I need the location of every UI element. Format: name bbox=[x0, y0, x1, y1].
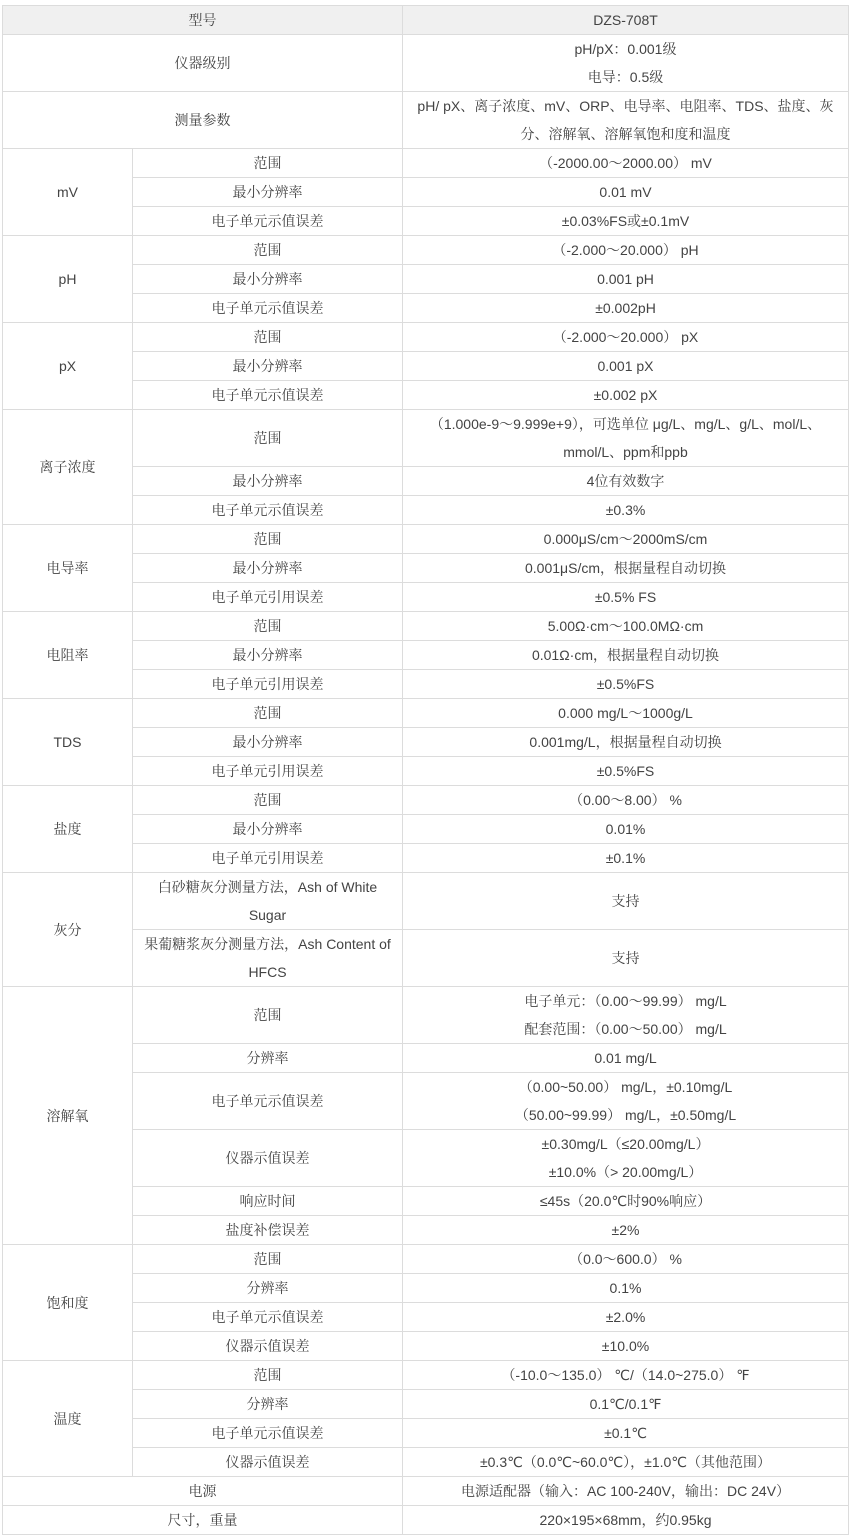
cell-text-line: pH/pX：0.001级 bbox=[413, 35, 838, 63]
cell-text-line: 电子单元引用误差 bbox=[143, 583, 392, 611]
cell-text-line: ±10.0%（> 20.00mg/L） bbox=[413, 1158, 838, 1186]
spec-value-cell: 0.001 pX bbox=[403, 352, 849, 381]
spec-label-cell: 电子单元示值误差 bbox=[133, 381, 403, 410]
cell-text-line: （0.00～8.00） % bbox=[413, 786, 838, 814]
cell-text-line: ±0.5% FS bbox=[413, 583, 838, 611]
spec-row: TDS范围0.000 mg/L～1000g/L bbox=[3, 699, 849, 728]
spec-value-cell: pH/ pX、离子浓度、mV、ORP、电导率、电阻率、TDS、盐度、灰分、溶解氧… bbox=[403, 92, 849, 149]
spec-label-cell: 测量参数 bbox=[3, 92, 403, 149]
cell-text-line: 范围 bbox=[143, 236, 392, 264]
cell-text-line: ±0.1% bbox=[413, 844, 838, 872]
spec-label-cell: 最小分辨率 bbox=[133, 815, 403, 844]
spec-row: 盐度范围（0.00～8.00） % bbox=[3, 786, 849, 815]
cell-text-line: （-2.000～20.000） pH bbox=[413, 236, 838, 264]
cell-text-line: 电子单元示值误差 bbox=[143, 1419, 392, 1447]
spec-value-cell: ±0.002 pX bbox=[403, 381, 849, 410]
cell-text-line: 电导：0.5级 bbox=[413, 63, 838, 91]
spec-label-cell: 范围 bbox=[133, 612, 403, 641]
spec-value-cell: ±0.5%FS bbox=[403, 757, 849, 786]
spec-value-cell: 0.01% bbox=[403, 815, 849, 844]
spec-row: 离子浓度范围（1.000e-9～9.999e+9），可选单位 μg/L、mg/L… bbox=[3, 410, 849, 467]
spec-value-cell: ±0.30mg/L（≤20.00mg/L）±10.0%（> 20.00mg/L） bbox=[403, 1130, 849, 1187]
cell-text-line: ±0.5%FS bbox=[413, 757, 838, 785]
spec-value-cell: ±0.1% bbox=[403, 844, 849, 873]
category-cell: 盐度 bbox=[3, 786, 133, 873]
spec-value-cell: ±0.5%FS bbox=[403, 670, 849, 699]
spec-label-cell: 电源 bbox=[3, 1477, 403, 1506]
cell-text-line: ±2% bbox=[413, 1216, 838, 1244]
spec-row: pX范围（-2.000～20.000） pX bbox=[3, 323, 849, 352]
cell-text-line: 电子单元示值误差 bbox=[143, 381, 392, 409]
cell-text-line: 灰分 bbox=[13, 916, 122, 944]
spec-label-cell: 分辨率 bbox=[133, 1274, 403, 1303]
cell-text-line: 仪器示值误差 bbox=[143, 1332, 392, 1360]
spec-label-cell: 仪器级别 bbox=[3, 35, 403, 92]
spec-label-cell: 电子单元示值误差 bbox=[133, 1073, 403, 1130]
cell-text-line: 尺寸，重量 bbox=[13, 1506, 392, 1534]
cell-text-line: 电源 bbox=[13, 1477, 392, 1505]
cell-text-line: （1.000e-9～9.999e+9），可选单位 μg/L、mg/L、g/L、m… bbox=[413, 410, 838, 466]
cell-text-line: 0.001mg/L，根据量程自动切换 bbox=[413, 728, 838, 756]
cell-text-line: ±0.002pH bbox=[413, 294, 838, 322]
cell-text-line: 饱和度 bbox=[13, 1289, 122, 1317]
cell-text-line: 最小分辨率 bbox=[143, 178, 392, 206]
cell-text-line: 最小分辨率 bbox=[143, 815, 392, 843]
spec-value-cell: ±0.002pH bbox=[403, 294, 849, 323]
cell-text-line: mV bbox=[13, 178, 122, 206]
spec-value-cell: （-10.0～135.0） ℃/（14.0~275.0） ℉ bbox=[403, 1361, 849, 1390]
cell-text-line: ±0.3% bbox=[413, 496, 838, 524]
cell-text-line: （-10.0～135.0） ℃/（14.0~275.0） ℉ bbox=[413, 1361, 838, 1389]
cell-text-line: 220×195×68mm，约0.95kg bbox=[413, 1506, 838, 1534]
cell-text-line: （0.00~50.00） mg/L，±0.10mg/L bbox=[413, 1073, 838, 1101]
spec-row: 电导率范围0.000μS/cm～2000mS/cm bbox=[3, 525, 849, 554]
category-cell: 温度 bbox=[3, 1361, 133, 1477]
cell-text-line: 0.01 mg/L bbox=[413, 1044, 838, 1072]
cell-text-line: pH/ pX、离子浓度、mV、ORP、电导率、电阻率、TDS、盐度、灰分、溶解氧… bbox=[413, 92, 838, 148]
spec-value-cell: （0.0～600.0） % bbox=[403, 1245, 849, 1274]
spec-label-cell: 最小分辨率 bbox=[133, 265, 403, 294]
spec-label-cell: 范围 bbox=[133, 236, 403, 265]
cell-text-line: 最小分辨率 bbox=[143, 641, 392, 669]
cell-text-line: 仪器示值误差 bbox=[143, 1144, 392, 1172]
spec-label-cell: 电子单元引用误差 bbox=[133, 844, 403, 873]
category-cell: pH bbox=[3, 236, 133, 323]
spec-value-cell: 0.1℃/0.1℉ bbox=[403, 1390, 849, 1419]
cell-text-line: 盐度 bbox=[13, 815, 122, 843]
cell-text-line: 离子浓度 bbox=[13, 453, 122, 481]
spec-value-cell: ±2% bbox=[403, 1216, 849, 1245]
cell-text-line: TDS bbox=[13, 728, 122, 756]
spec-row: 温度范围（-10.0～135.0） ℃/（14.0~275.0） ℉ bbox=[3, 1361, 849, 1390]
spec-label-cell: 电子单元示值误差 bbox=[133, 1419, 403, 1448]
spec-value-cell: 电子单元：（0.00～99.99） mg/L配套范围：（0.00～50.00） … bbox=[403, 987, 849, 1044]
category-cell: mV bbox=[3, 149, 133, 236]
spec-value-cell: （0.00～8.00） % bbox=[403, 786, 849, 815]
cell-text-line: 电子单元示值误差 bbox=[143, 496, 392, 524]
cell-text-line: 0.01 mV bbox=[413, 178, 838, 206]
spec-label-cell: 盐度补偿误差 bbox=[133, 1216, 403, 1245]
spec-value-cell: 0.000 mg/L～1000g/L bbox=[403, 699, 849, 728]
cell-text-line: ±0.30mg/L（≤20.00mg/L） bbox=[413, 1130, 838, 1158]
cell-text-line: 支持 bbox=[413, 944, 838, 972]
spec-label-cell: 范围 bbox=[133, 786, 403, 815]
cell-text-line: 最小分辨率 bbox=[143, 265, 392, 293]
cell-text-line: ±0.3℃（0.0℃~60.0℃），±1.0℃（其他范围） bbox=[413, 1448, 838, 1476]
cell-text-line: 分辨率 bbox=[143, 1390, 392, 1418]
spec-value-cell: 支持 bbox=[403, 873, 849, 930]
spec-value-cell: ±0.5% FS bbox=[403, 583, 849, 612]
cell-text-line: 最小分辨率 bbox=[143, 467, 392, 495]
spec-value-cell: （1.000e-9～9.999e+9），可选单位 μg/L、mg/L、g/L、m… bbox=[403, 410, 849, 467]
cell-text-line: 电子单元引用误差 bbox=[143, 670, 392, 698]
spec-value-cell: 0.001 pH bbox=[403, 265, 849, 294]
spec-value-cell: 5.00Ω·cm～100.0MΩ·cm bbox=[403, 612, 849, 641]
spec-label-cell: 范围 bbox=[133, 699, 403, 728]
spec-row: 尺寸，重量220×195×68mm，约0.95kg bbox=[3, 1506, 849, 1535]
cell-text-line: ±0.1℃ bbox=[413, 1419, 838, 1447]
spec-label-cell: 电子单元引用误差 bbox=[133, 583, 403, 612]
cell-text-line: 电子单元引用误差 bbox=[143, 844, 392, 872]
cell-text-line: （-2000.00～2000.00） mV bbox=[413, 149, 838, 177]
spec-value-cell: ±0.3% bbox=[403, 496, 849, 525]
cell-text-line: pH bbox=[13, 265, 122, 293]
cell-text-line: 温度 bbox=[13, 1405, 122, 1433]
cell-text-line: ±2.0% bbox=[413, 1303, 838, 1331]
cell-text-line: 仪器示值误差 bbox=[143, 1448, 392, 1476]
spec-value-cell: ±2.0% bbox=[403, 1303, 849, 1332]
spec-value-cell: pH/pX：0.001级电导：0.5级 bbox=[403, 35, 849, 92]
spec-label-cell: 范围 bbox=[133, 149, 403, 178]
spec-value-cell: ≤45s（20.0℃时90%响应） bbox=[403, 1187, 849, 1216]
spec-value-cell: 0.001mg/L，根据量程自动切换 bbox=[403, 728, 849, 757]
cell-text-line: ±0.002 pX bbox=[413, 381, 838, 409]
spec-label-cell: 范围 bbox=[133, 525, 403, 554]
spec-label-cell: 最小分辨率 bbox=[133, 554, 403, 583]
spec-label-cell: 白砂糖灰分测量方法，Ash of White Sugar bbox=[133, 873, 403, 930]
cell-text-line: pX bbox=[13, 352, 122, 380]
cell-text-line: 仪器级别 bbox=[13, 49, 392, 77]
spec-value-cell: （0.00~50.00） mg/L，±0.10mg/L（50.00~99.99）… bbox=[403, 1073, 849, 1130]
cell-text-line: 范围 bbox=[143, 1245, 392, 1273]
cell-text-line: 最小分辨率 bbox=[143, 728, 392, 756]
cell-text-line: 盐度补偿误差 bbox=[143, 1216, 392, 1244]
spec-label-cell: 范围 bbox=[133, 323, 403, 352]
spec-value-cell: 0.000μS/cm～2000mS/cm bbox=[403, 525, 849, 554]
cell-text-line: 范围 bbox=[143, 699, 392, 727]
spec-value-cell: 220×195×68mm，约0.95kg bbox=[403, 1506, 849, 1535]
cell-text-line: ±0.03%FS或±0.1mV bbox=[413, 207, 838, 235]
cell-text-line: 电子单元示值误差 bbox=[143, 1087, 392, 1115]
spec-row: 饱和度范围（0.0～600.0） % bbox=[3, 1245, 849, 1274]
spec-value-cell: （-2.000～20.000） pX bbox=[403, 323, 849, 352]
cell-text-line: 范围 bbox=[143, 149, 392, 177]
spec-row: 仪器级别pH/pX：0.001级电导：0.5级 bbox=[3, 35, 849, 92]
category-cell: 电阻率 bbox=[3, 612, 133, 699]
cell-text-line: 配套范围：（0.00～50.00） mg/L bbox=[413, 1015, 838, 1043]
model-label-cell: 型号 bbox=[3, 6, 403, 35]
spec-label-cell: 范围 bbox=[133, 1245, 403, 1274]
cell-text-line: 电阻率 bbox=[13, 641, 122, 669]
model-header-row: 型号DZS-708T bbox=[3, 6, 849, 35]
spec-label-cell: 尺寸，重量 bbox=[3, 1506, 403, 1535]
spec-label-cell: 分辨率 bbox=[133, 1044, 403, 1073]
spec-value-cell: 0.1% bbox=[403, 1274, 849, 1303]
cell-text-line: 支持 bbox=[413, 887, 838, 915]
cell-text-line: 分辨率 bbox=[143, 1044, 392, 1072]
spec-row: 测量参数pH/ pX、离子浓度、mV、ORP、电导率、电阻率、TDS、盐度、灰分… bbox=[3, 92, 849, 149]
cell-text-line: 4位有效数字 bbox=[413, 467, 838, 495]
cell-text-line: 0.1℃/0.1℉ bbox=[413, 1390, 838, 1418]
spec-page: 型号DZS-708T仪器级别pH/pX：0.001级电导：0.5级测量参数pH/… bbox=[0, 5, 850, 1535]
cell-text-line: （-2.000～20.000） pX bbox=[413, 323, 838, 351]
category-cell: 离子浓度 bbox=[3, 410, 133, 525]
spec-value-cell: ±0.03%FS或±0.1mV bbox=[403, 207, 849, 236]
spec-value-cell: 4位有效数字 bbox=[403, 467, 849, 496]
spec-row: mV范围（-2000.00～2000.00） mV bbox=[3, 149, 849, 178]
spec-label-cell: 范围 bbox=[133, 410, 403, 467]
category-cell: TDS bbox=[3, 699, 133, 786]
spec-label-cell: 最小分辨率 bbox=[133, 352, 403, 381]
spec-label-cell: 电子单元示值误差 bbox=[133, 496, 403, 525]
cell-text-line: 5.00Ω·cm～100.0MΩ·cm bbox=[413, 612, 838, 640]
spec-label-cell: 分辨率 bbox=[133, 1390, 403, 1419]
cell-text-line: 溶解氧 bbox=[13, 1102, 122, 1130]
spec-value-cell: 电源适配器（输入：AC 100-240V，输出：DC 24V） bbox=[403, 1477, 849, 1506]
category-cell: pX bbox=[3, 323, 133, 410]
spec-table: 型号DZS-708T仪器级别pH/pX：0.001级电导：0.5级测量参数pH/… bbox=[2, 5, 849, 1535]
spec-label-cell: 电子单元示值误差 bbox=[133, 207, 403, 236]
spec-label-cell: 电子单元示值误差 bbox=[133, 294, 403, 323]
cell-text-line: ±10.0% bbox=[413, 1332, 838, 1360]
category-cell: 饱和度 bbox=[3, 1245, 133, 1361]
cell-text-line: 0.01Ω·cm，根据量程自动切换 bbox=[413, 641, 838, 669]
spec-value-cell: 0.001μS/cm，根据量程自动切换 bbox=[403, 554, 849, 583]
cell-text-line: （50.00~99.99） mg/L，±0.50mg/L bbox=[413, 1101, 838, 1129]
spec-label-cell: 最小分辨率 bbox=[133, 467, 403, 496]
spec-value-cell: ±0.1℃ bbox=[403, 1419, 849, 1448]
model-value-cell: DZS-708T bbox=[403, 6, 849, 35]
spec-value-cell: 0.01Ω·cm，根据量程自动切换 bbox=[403, 641, 849, 670]
spec-label-cell: 最小分辨率 bbox=[133, 728, 403, 757]
spec-label-cell: 电子单元引用误差 bbox=[133, 757, 403, 786]
cell-text-line: 最小分辨率 bbox=[143, 352, 392, 380]
cell-text-line: 0.000 mg/L～1000g/L bbox=[413, 699, 838, 727]
cell-text-line: 范围 bbox=[143, 786, 392, 814]
cell-text-line: 0.1% bbox=[413, 1274, 838, 1302]
spec-label-cell: 范围 bbox=[133, 987, 403, 1044]
cell-text-line: 电子单元示值误差 bbox=[143, 294, 392, 322]
cell-text-line: 电子单元：（0.00～99.99） mg/L bbox=[413, 987, 838, 1015]
spec-value-cell: 0.01 mV bbox=[403, 178, 849, 207]
cell-text-line: ±0.5%FS bbox=[413, 670, 838, 698]
cell-text-line: 范围 bbox=[143, 612, 392, 640]
spec-label-cell: 仪器示值误差 bbox=[133, 1448, 403, 1477]
cell-text-line: 0.001μS/cm，根据量程自动切换 bbox=[413, 554, 838, 582]
spec-row: 电阻率范围5.00Ω·cm～100.0MΩ·cm bbox=[3, 612, 849, 641]
cell-text-line: 白砂糖灰分测量方法，Ash of White Sugar bbox=[143, 873, 392, 929]
spec-row: pH范围（-2.000～20.000） pH bbox=[3, 236, 849, 265]
cell-text-line: 分辨率 bbox=[143, 1274, 392, 1302]
cell-text-line: 0.001 pX bbox=[413, 352, 838, 380]
cell-text-line: 电源适配器（输入：AC 100-240V，输出：DC 24V） bbox=[413, 1477, 838, 1505]
spec-label-cell: 果葡糖浆灰分测量方法，Ash Content of HFCS bbox=[133, 930, 403, 987]
spec-value-cell: 0.01 mg/L bbox=[403, 1044, 849, 1073]
cell-text-line: 0.000μS/cm～2000mS/cm bbox=[413, 525, 838, 553]
cell-text-line: 电子单元示值误差 bbox=[143, 207, 392, 235]
cell-text-line: 范围 bbox=[143, 1361, 392, 1389]
cell-text-line: 测量参数 bbox=[13, 106, 392, 134]
spec-label-cell: 最小分辨率 bbox=[133, 178, 403, 207]
category-cell: 溶解氧 bbox=[3, 987, 133, 1245]
spec-label-cell: 电子单元引用误差 bbox=[133, 670, 403, 699]
category-cell: 电导率 bbox=[3, 525, 133, 612]
spec-value-cell: ±0.3℃（0.0℃~60.0℃），±1.0℃（其他范围） bbox=[403, 1448, 849, 1477]
spec-value-cell: （-2000.00～2000.00） mV bbox=[403, 149, 849, 178]
spec-label-cell: 响应时间 bbox=[133, 1187, 403, 1216]
cell-text-line: 电导率 bbox=[13, 554, 122, 582]
category-cell: 灰分 bbox=[3, 873, 133, 987]
spec-value-cell: ±10.0% bbox=[403, 1332, 849, 1361]
spec-row: 电源电源适配器（输入：AC 100-240V，输出：DC 24V） bbox=[3, 1477, 849, 1506]
spec-value-cell: 支持 bbox=[403, 930, 849, 987]
spec-label-cell: 仪器示值误差 bbox=[133, 1332, 403, 1361]
cell-text-line: 型号 bbox=[13, 6, 392, 34]
cell-text-line: 范围 bbox=[143, 323, 392, 351]
cell-text-line: 0.001 pH bbox=[413, 265, 838, 293]
cell-text-line: 果葡糖浆灰分测量方法，Ash Content of HFCS bbox=[143, 930, 392, 986]
cell-text-line: 范围 bbox=[143, 424, 392, 452]
spec-label-cell: 范围 bbox=[133, 1361, 403, 1390]
cell-text-line: 响应时间 bbox=[143, 1187, 392, 1215]
cell-text-line: 电子单元引用误差 bbox=[143, 757, 392, 785]
spec-value-cell: （-2.000～20.000） pH bbox=[403, 236, 849, 265]
spec-label-cell: 最小分辨率 bbox=[133, 641, 403, 670]
cell-text-line: 范围 bbox=[143, 525, 392, 553]
cell-text-line: （0.0～600.0） % bbox=[413, 1245, 838, 1273]
cell-text-line: ≤45s（20.0℃时90%响应） bbox=[413, 1187, 838, 1215]
cell-text-line: 最小分辨率 bbox=[143, 554, 392, 582]
cell-text-line: 范围 bbox=[143, 1001, 392, 1029]
spec-row: 溶解氧范围电子单元：（0.00～99.99） mg/L配套范围：（0.00～50… bbox=[3, 987, 849, 1044]
spec-row: 灰分白砂糖灰分测量方法，Ash of White Sugar支持 bbox=[3, 873, 849, 930]
cell-text-line: 0.01% bbox=[413, 815, 838, 843]
cell-text-line: 电子单元示值误差 bbox=[143, 1303, 392, 1331]
spec-label-cell: 仪器示值误差 bbox=[133, 1130, 403, 1187]
spec-label-cell: 电子单元示值误差 bbox=[133, 1303, 403, 1332]
cell-text-line: DZS-708T bbox=[413, 6, 838, 34]
spec-table-body: 型号DZS-708T仪器级别pH/pX：0.001级电导：0.5级测量参数pH/… bbox=[3, 6, 849, 1535]
